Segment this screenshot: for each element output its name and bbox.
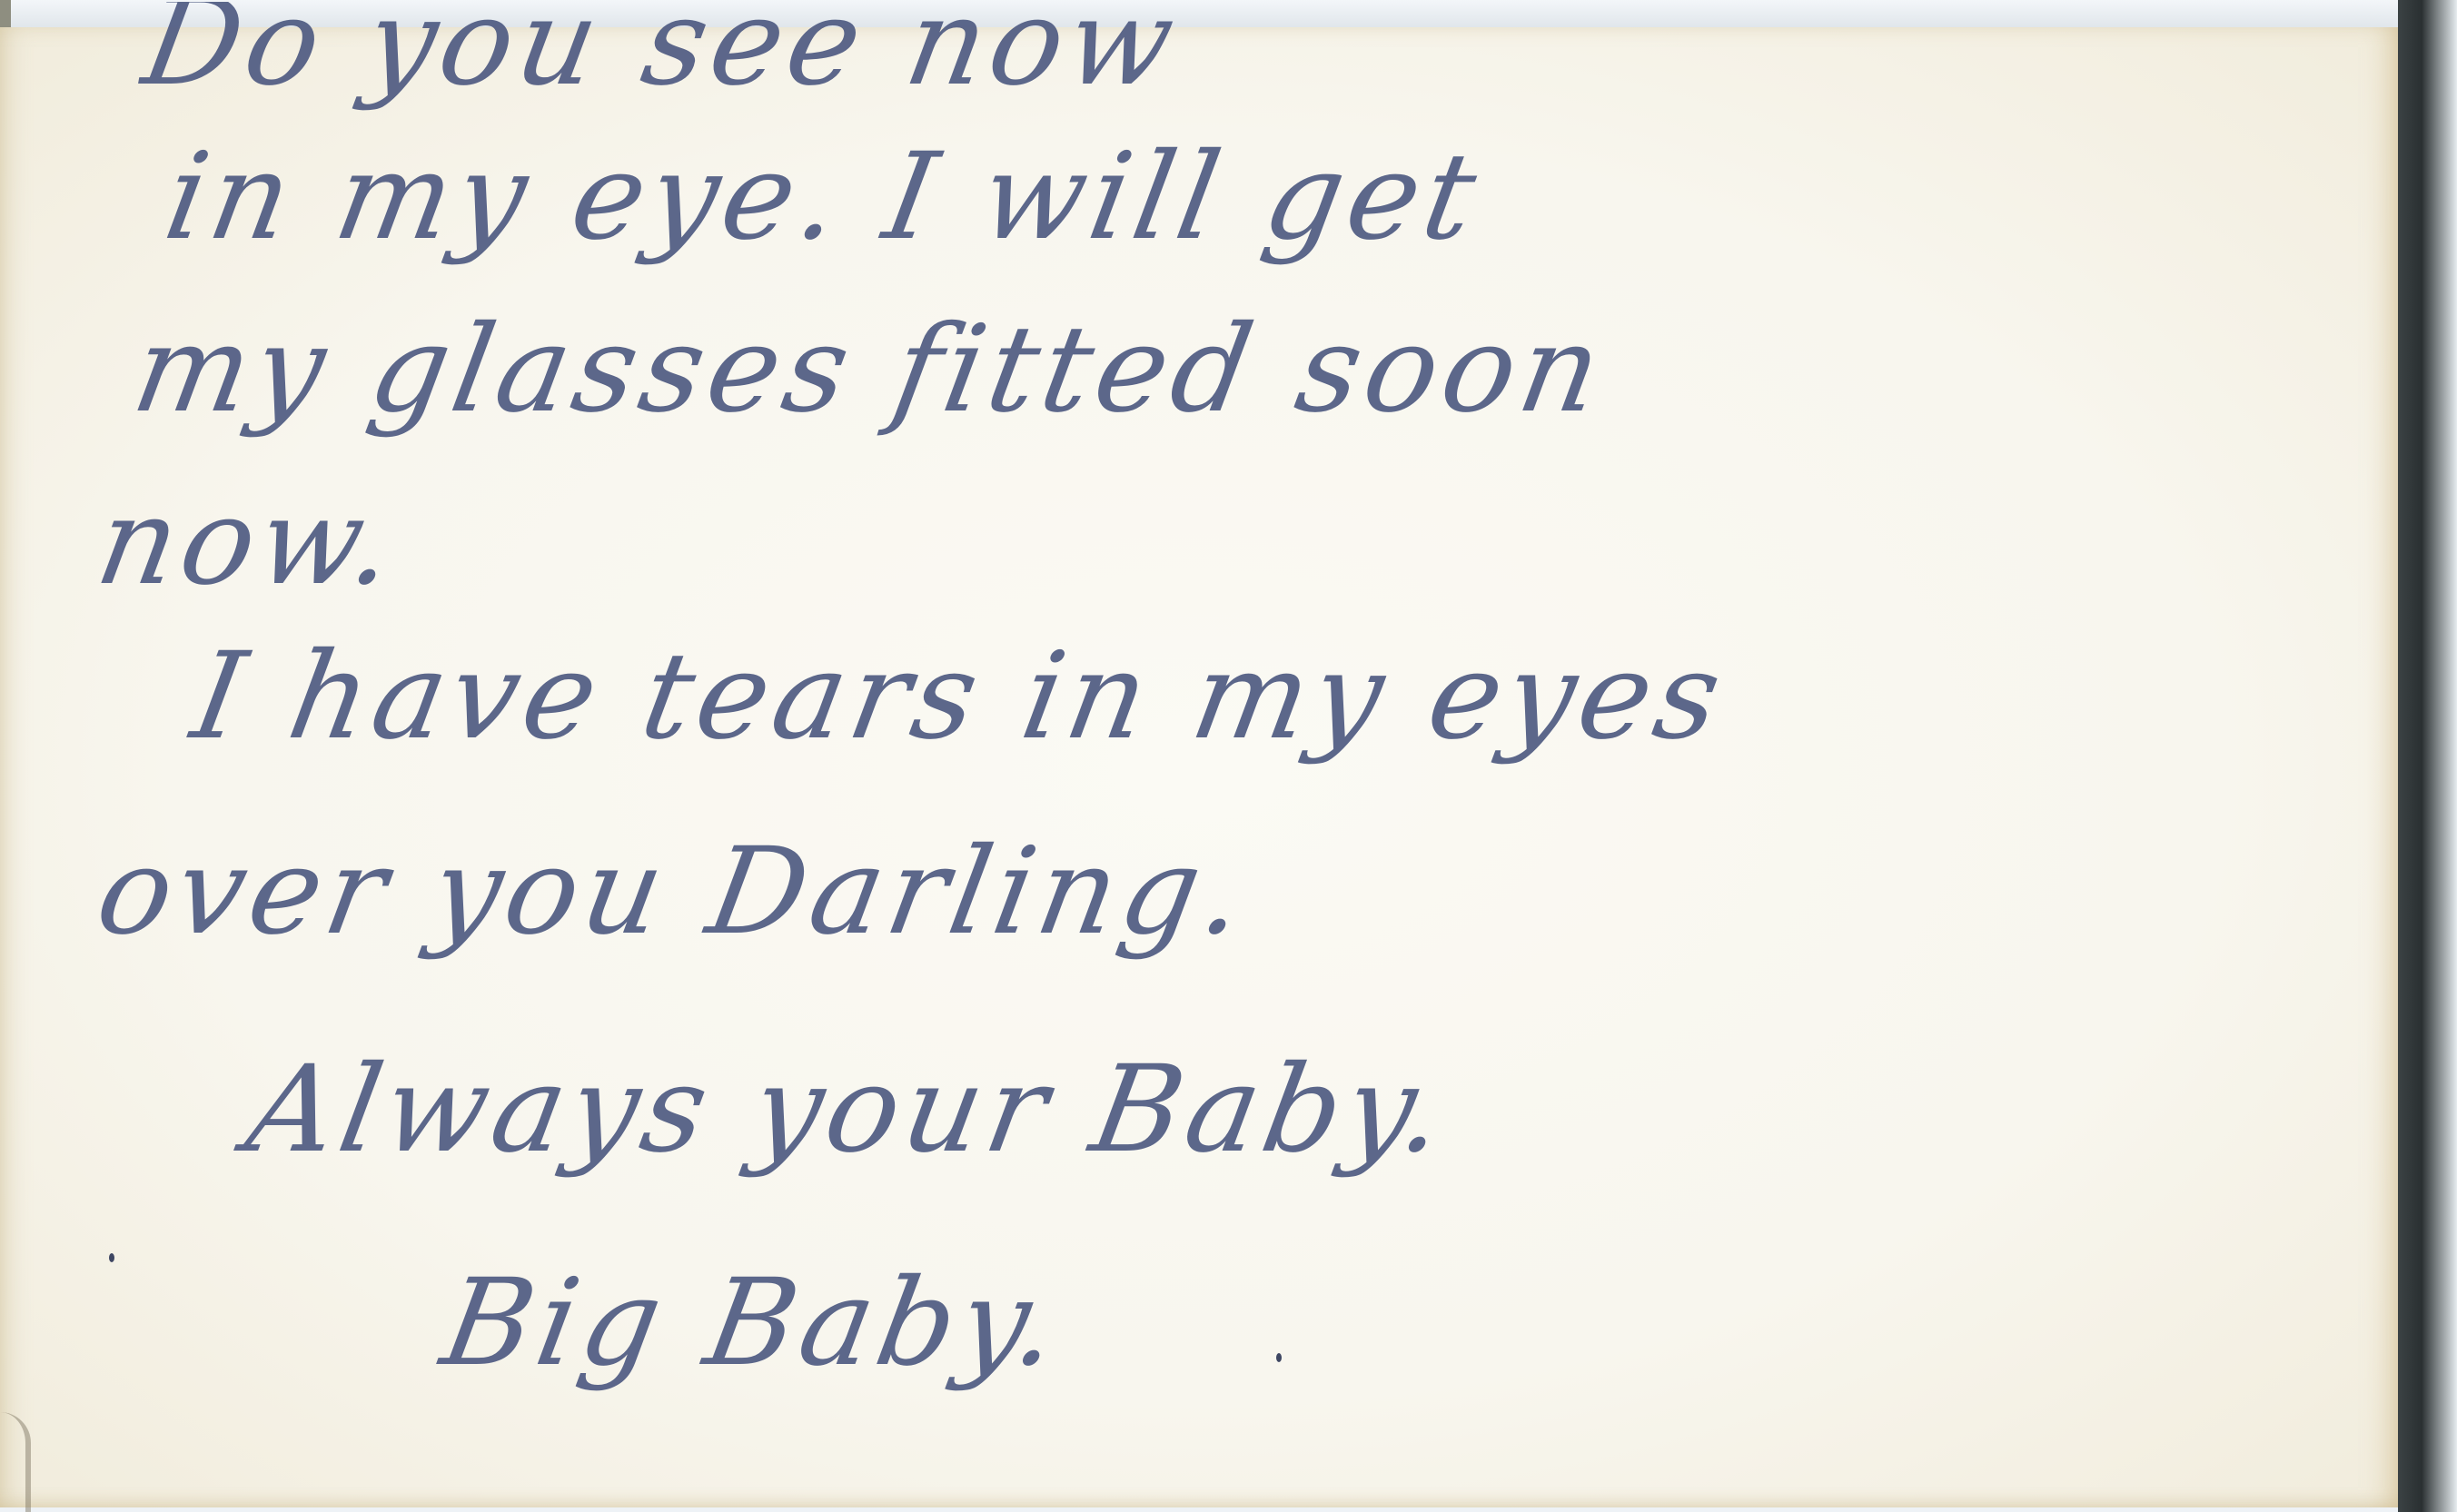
handwritten-line-6: over you Darling. — [87, 822, 1260, 962]
scanner-right-edge — [2398, 0, 2457, 1512]
handwritten-line-8: Big Baby. — [432, 1253, 1074, 1393]
ink-speck — [1276, 1353, 1282, 1362]
ink-speck — [109, 1253, 114, 1262]
handwritten-line-4: now. — [87, 472, 410, 612]
paper-corner-curl — [0, 1412, 31, 1512]
handwritten-line-7: Always your Baby. — [237, 1040, 1460, 1180]
handwritten-line-2: in my eye. I will get — [155, 127, 1491, 267]
paper-card: Do you see now in my eye. I will get my … — [0, 27, 2398, 1507]
scanned-note: Do you see now in my eye. I will get my … — [0, 0, 2457, 1512]
scanner-edge-tab — [0, 0, 11, 29]
handwritten-line-5: I have tears in my eyes — [183, 627, 1736, 766]
handwritten-line-1: Do you see now — [133, 0, 1189, 113]
handwritten-line-3: my glasses fitted soon — [124, 300, 1616, 440]
